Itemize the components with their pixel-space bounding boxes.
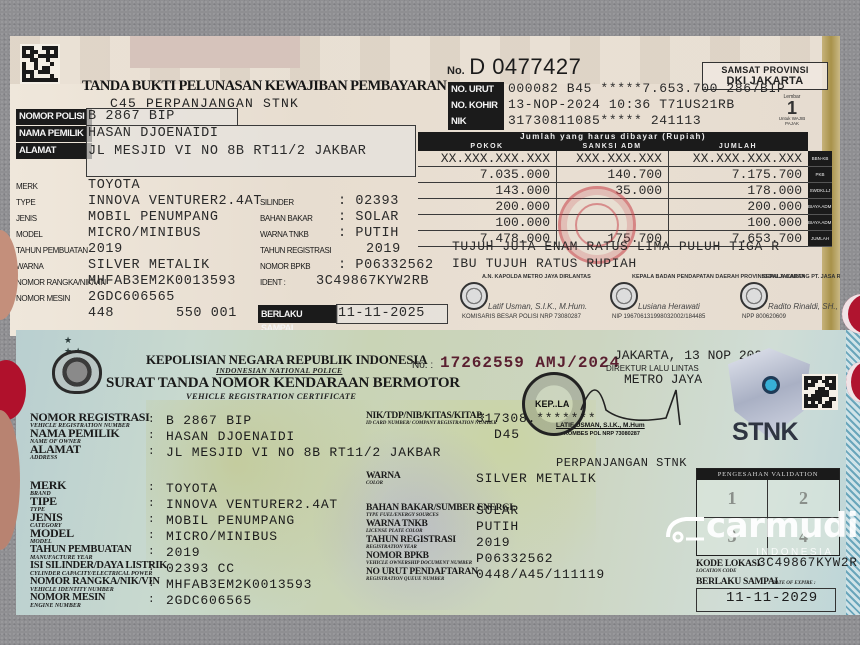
colon-separator: : (148, 498, 155, 510)
payment-row-label: BIAYA ADM TNKB (808, 215, 832, 231)
payment-cell: 100.000 (418, 215, 556, 231)
colon-separator: : (148, 482, 155, 494)
decorative-band (130, 36, 300, 68)
value-warna-tnkb: : PUTIH (338, 226, 399, 241)
payment-table-header: POKOK SANKSI ADM JUMLAH (418, 142, 808, 151)
colon-separator: : (148, 594, 155, 606)
terbilang-line-1: TUJUH JUTA ENAM RATUS LIMA PULUH TIGA R (452, 239, 780, 254)
vehicle-registration-certificate: ★★★ KEPOLISIAN NEGARA REPUBLIK INDONESIA… (16, 330, 860, 615)
value-nomor-rangka: MHFAB3EM2K0013593 (88, 274, 236, 289)
tax-payment-receipt: TANDA BUKTI PELUNASAN KEWAJIBAN PEMBAYAR… (10, 36, 840, 336)
label-berlaku-sampai: BERLAKU SAMPAI (696, 578, 778, 587)
seal-icon (460, 282, 488, 310)
label-date-of-expire: DATE OF EXPIRE : (772, 581, 816, 586)
colon-separator: : (148, 514, 155, 526)
signature-title: KEPALA CABANG PT. JASA RAHARJA (Persero)… (762, 274, 840, 280)
payment-cell: 100.000 (668, 215, 808, 231)
doc-number: D 0477427 (469, 54, 581, 79)
watermark-region: INDONESIA (756, 547, 834, 558)
label-nama-pemilik: NAMA PEMILIK (16, 126, 92, 142)
value-nomor-rangka: MHFAB3EM2K0013593 (166, 577, 312, 592)
value-nik: 317308.******* (476, 411, 596, 426)
signature-name: Latif Usman, S.I.K., M.Hum. (488, 302, 587, 311)
value-extra-a: 448 (88, 306, 114, 321)
column-header: POKOK (418, 142, 556, 151)
label-nomor-bpkb: NOMOR BPKBVEHICLE OWNERSHIP DOCUMENT NUM… (366, 552, 472, 566)
doc-number-prefix: No. (447, 65, 465, 77)
value-nama-pemilik: HASAN DJOENAIDI (166, 429, 295, 444)
label-warna: WARNACOLOR (366, 472, 400, 486)
value-bahan-bakar: SOLAR (476, 503, 519, 518)
police-emblem-icon (52, 350, 102, 394)
value-extra-b: 550 001 (176, 306, 237, 321)
signature-title: A.N. KAPOLDA METRO JAYA DIRLANTAS (482, 274, 591, 280)
value-nama-pemilik: HASAN DJOENAIDI (88, 126, 219, 141)
label-tahun-registrasi: TAHUN REGISTRASI (260, 246, 331, 255)
label-no-kohir: NO. KOHIR (448, 98, 504, 114)
payment-cell: XX.XXX.XXX.XXX (418, 151, 556, 167)
label-isi-silinder: ISI SILINDER/DAYA LISTRIKCYLINDER CAPACI… (30, 560, 167, 577)
payment-row-label: SWDKLLJ (808, 183, 832, 199)
payment-cell: 7.035.000 (418, 167, 556, 183)
colon-separator: : (148, 446, 155, 458)
carmudi-logo-icon (664, 513, 708, 543)
seal-icon (610, 282, 638, 310)
colon-separator: : (148, 546, 155, 558)
validation-header: PENGESAHAN VALIDATION (697, 469, 839, 480)
value-model: MICRO/MINIBUS (166, 529, 278, 544)
stamp-text: KEP..LA (535, 399, 569, 409)
value-nomor-polisi: B 2867 BIP (88, 109, 175, 124)
doc-title: SURAT TANDA NOMOR KENDARAAN BERMOTOR (106, 375, 460, 392)
label-berlaku-sampai: BERLAKU SAMPAI (258, 305, 338, 323)
value-type: INNOVA VENTURER2.4AT (166, 497, 338, 512)
payment-row-labels: BBN-KBPKBSWDKLLJBIAYA ADM STNKBIAYA ADM … (808, 151, 832, 247)
label-model: MODEL (16, 230, 42, 239)
value-tahun-pembuatan: 2019 (88, 242, 123, 257)
badge-center-icon (762, 376, 780, 394)
signature-name: Lusiana Herawati (638, 302, 700, 311)
value-nik-line2: D45 (494, 427, 520, 442)
label-jenis: JENIS (16, 214, 37, 223)
value-nomor-registrasi: B 2867 BIP (166, 413, 252, 428)
label-merk: MERK (16, 182, 38, 191)
label-alamat: ALAMATADDRESS (30, 444, 81, 461)
payment-row: XX.XXX.XXX.XXXXXX.XXX.XXXXX.XXX.XXX.XXX (418, 151, 808, 167)
colon-separator: : (148, 578, 155, 590)
label-silinder: SILINDER (260, 198, 294, 207)
lembar-caption: Untuk WAJIB PAJAK (772, 116, 812, 126)
qr-code-icon (802, 374, 838, 410)
column-header: SANKSI ADM (556, 142, 668, 151)
label-nomor-mesin: NOMOR MESIN (16, 294, 70, 303)
value-type: INNOVA VENTURER2.4AT (88, 194, 262, 209)
payment-row-label: JUMLAH (808, 231, 832, 247)
value-nomor-mesin: 2GDC606565 (166, 593, 252, 608)
value-no-kohir: 13-NOP-2024 10:36 T71US21RB (508, 97, 735, 112)
lembar-indicator: Lembar 1 Untuk WAJIB PAJAK (772, 94, 812, 126)
value-alamat: JL MESJID VI NO 8B RT11/2 JAKBAR (88, 144, 366, 159)
doc-subtitle: VEHICLE REGISTRATION CERTIFICATE (186, 391, 356, 401)
label-type: TYPE (16, 198, 35, 207)
colon-separator: : (148, 414, 155, 426)
value-tahun-pembuatan: 2019 (166, 545, 200, 560)
label-nik: NIK (448, 114, 504, 130)
payment-cell: 200.000 (668, 199, 808, 215)
label-warna: WARNA (16, 262, 43, 271)
seal-icon (740, 282, 768, 310)
qr-code-icon (20, 44, 60, 84)
label-kode-lokasi: KODE LOKASILOCATION CODE (696, 560, 760, 574)
value-bahan-bakar: : SOLAR (338, 210, 399, 225)
value-warna: SILVER METALIK (476, 471, 596, 486)
stnk-badge-text: STNK (732, 418, 798, 447)
payment-cell: 143.000 (418, 183, 556, 199)
lembar-number: 1 (772, 100, 812, 116)
payment-row-label: BBN-KB (808, 151, 832, 167)
signature-name: Radito Rinaldi, SH., M.Hum. (768, 302, 840, 311)
label-tahun-registrasi: TAHUN REGISTRASIREGISTRATION YEAR (366, 536, 456, 550)
fingernail (842, 294, 860, 334)
label-no-urut: NO URUT PENDAFTARANREGISTRATION QUEUE NU… (366, 568, 478, 582)
signature-id: NIP 196706131998032002/184485 (612, 314, 705, 320)
label-tahun-pembuatan: TAHUN PEMBUATANMANUFACTURE YEAR (30, 544, 131, 561)
label-tahun-pembuatan: TAHUN PEMBUATAN (16, 246, 88, 255)
payment-cell: XX.XXX.XXX.XXX (668, 151, 808, 167)
value-ident: 3C49867KYW2RB (316, 274, 429, 289)
value-no-urut: 0448/A45/111119 (476, 567, 605, 582)
signature-id: NPP 800620609 (742, 314, 786, 320)
value-jenis: MOBIL PENUMPANG (166, 513, 295, 528)
label-model: MODELMODEL (30, 528, 74, 545)
value-tahun-registrasi: 2019 (366, 242, 401, 257)
value-jenis: MOBIL PENUMPANG (88, 210, 219, 225)
value-isi-silinder: 02393 CC (166, 561, 235, 576)
value-alamat: JL MESJID VI NO 8B RT11/2 JAKBAR (166, 445, 441, 460)
value-nomor-mesin: 2GDC606565 (88, 290, 175, 305)
perpanjangan-label: PERPANJANGAN STNK (556, 456, 687, 470)
value-berlaku-sampai: 11-11-2029 (726, 590, 818, 606)
payment-cell: 178.000 (668, 183, 808, 199)
value-kode-lokasi: 3C49867KYW2R (758, 556, 858, 570)
payment-cell: 140.700 (556, 167, 668, 183)
cert-no-label: No. : (412, 360, 433, 371)
value-merk: TOYOTA (88, 178, 140, 193)
value-silinder: : 02393 (338, 194, 399, 209)
value-model: MICRO/MINIBUS (88, 226, 201, 241)
label-no-urut: NO. URUT (448, 82, 504, 98)
org-subtitle: INDONESIAN NATIONAL POLICE (216, 366, 342, 375)
colon-separator: : (148, 530, 155, 542)
label-nomor-polisi: NOMOR POLISI (16, 109, 92, 125)
colon-separator: : (148, 562, 155, 574)
label-warna-tnkb: WARNA TNKB (260, 230, 308, 239)
colon-separator: : (148, 430, 155, 442)
signer-rank: KOMBES POL NRP 73080287 (564, 431, 640, 437)
payment-row-label: PKB (808, 167, 832, 183)
payment-cell: XXX.XXX.XXX (556, 151, 668, 167)
label-nomor-bpkb: NOMOR BPKB (260, 262, 310, 271)
payment-cell: 200.000 (418, 199, 556, 215)
label-warna-tnkb: WARNA TNKBLICENSE PLATE COLOR (366, 520, 428, 534)
terbilang-line-2: IBU TUJUH RATUS RUPIAH (452, 256, 637, 271)
value-berlaku-sampai: 11-11-2025 (338, 306, 425, 321)
column-header: JUMLAH (668, 142, 808, 151)
value-tahun-registrasi: 2019 (476, 535, 510, 550)
payment-table-title: Jumlah yang harus dibayar (Rupiah) (418, 132, 808, 142)
receipt-title: TANDA BUKTI PELUNASAN KEWAJIBAN PEMBAYAR… (82, 78, 446, 95)
samsat-line1: SAMSAT PROVINSI (703, 63, 827, 75)
watermark-brand: carmudi (706, 506, 858, 546)
value-merk: TOYOTA (166, 481, 218, 496)
value-warna: SILVER METALIK (88, 258, 210, 273)
payment-row-label: BIAYA ADM STNK (808, 199, 832, 215)
signature-id: KOMISARIS BESAR POLISI NRP 73080287 (462, 314, 581, 320)
label-alamat: ALAMAT (16, 143, 92, 159)
label-nomor-rangka: NOMOR RANGKA/NIK/VINVEHICLE IDENTITY NUM… (30, 576, 160, 593)
payment-row: 7.035.000140.7007.175.700 (418, 167, 808, 183)
value-no-urut: 000082 B45 *****7.653.700 2867BIP (508, 81, 785, 96)
label-bahan-bakar: BAHAN BAKAR (260, 214, 313, 223)
payment-cell: 7.175.700 (668, 167, 808, 183)
value-warna-tnkb: PUTIH (476, 519, 519, 534)
value-nik: 31730811085***** 241113 (508, 113, 701, 128)
label-nomor-mesin: NOMOR MESINENGINE NUMBER (30, 592, 105, 609)
value-nomor-bpkb: P06332562 (476, 551, 553, 566)
label-ident: IDENT : (260, 278, 286, 287)
value-nomor-bpkb: : P06332562 (338, 258, 434, 273)
